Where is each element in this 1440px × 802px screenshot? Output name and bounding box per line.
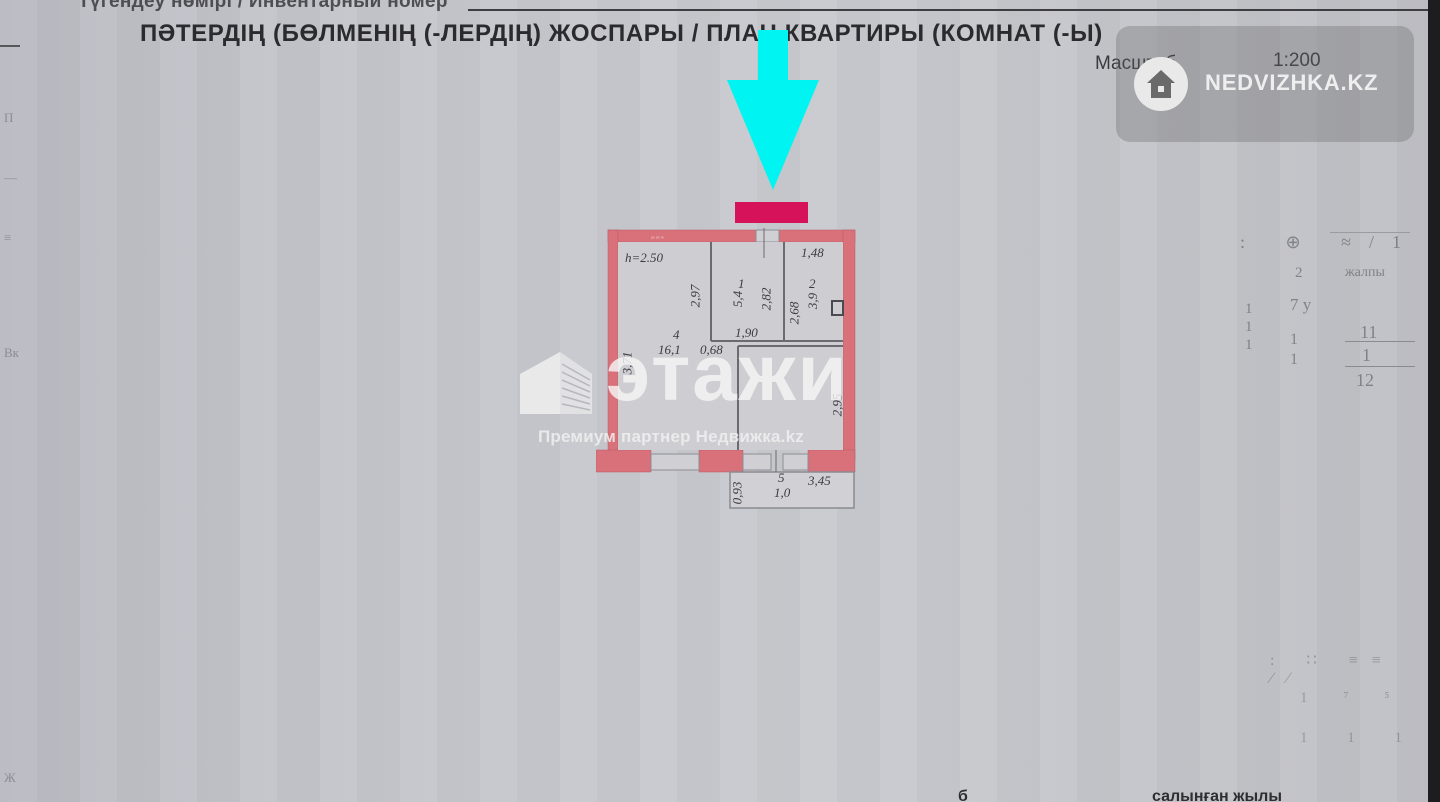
table-line — [1345, 366, 1415, 367]
house-icon — [1134, 57, 1188, 111]
svg-text:ᵖᵒ ᵖᵉ ᵗᵉ: ᵖᵒ ᵖᵉ ᵗᵉ — [651, 236, 664, 242]
inventory-number-label: Түгендеу нөмірі / Инвентарный номер — [78, 0, 448, 13]
table-line — [1330, 232, 1410, 233]
ceiling-height-label: h=2.50 — [625, 250, 663, 266]
dim-label: 1,48 — [801, 245, 824, 261]
margin-mark: — — [4, 170, 17, 186]
partner-watermark: Премиум партнер Недвижка.kz — [538, 427, 804, 447]
bottom-label: б — [958, 788, 968, 802]
margin-dash — [0, 45, 20, 47]
room-number: 2 — [809, 276, 816, 292]
room-number: 1 — [738, 276, 745, 292]
document-photo: Түгендеу нөмірі / Инвентарный номер ПӘТЕ… — [0, 0, 1430, 802]
table-fragment: жалпы — [1345, 265, 1385, 281]
margin-mark: Вк — [4, 345, 19, 361]
table-fragment: 1 ⁷ ⁵ — [1300, 690, 1405, 707]
inventory-number-line — [468, 9, 1428, 11]
margin-mark: П — [4, 110, 13, 126]
position-marker — [735, 202, 808, 223]
dim-label: 2,97 — [687, 285, 703, 308]
table-fragment: 11 — [1360, 322, 1377, 343]
table-fragment: 1 1 1 — [1300, 730, 1420, 747]
table-line — [1345, 341, 1415, 342]
margin-mark: ≡ — [4, 230, 11, 246]
brand-watermark: этажи — [606, 333, 849, 413]
room-area: 5,4 — [730, 291, 746, 307]
room-area: 1,0 — [774, 485, 790, 501]
dim-label: 0,93 — [729, 482, 745, 505]
table-fragment: 111 — [1245, 300, 1253, 354]
dim-label: 2,68 — [786, 302, 802, 325]
nedvizhka-watermark: NEDVIZHKA.KZ — [1205, 70, 1378, 96]
room-number: 5 — [778, 470, 785, 486]
margin-mark: Ж — [4, 770, 16, 786]
building-icon — [520, 352, 592, 414]
photo-edge — [1428, 0, 1440, 802]
construction-year-label: салынған жылы — [1152, 788, 1282, 802]
table-fragment: : ∷ ≡≡ ⁄⁄ — [1270, 650, 1430, 688]
table-fragment: 12 — [1356, 370, 1374, 391]
table-fragment: 11 — [1290, 330, 1298, 370]
room-area: 3,9 — [805, 293, 821, 309]
dim-label: 2,82 — [758, 288, 774, 311]
table-fragment: : ⊕ ≈/1 — [1240, 232, 1419, 253]
table-fragment: 1 — [1362, 345, 1371, 366]
dim-label: 3,45 — [808, 473, 831, 489]
table-fragment: 7 у — [1290, 295, 1311, 315]
page-title: ПӘТЕРДІҢ (БӨЛМЕНІҢ (-ЛЕРДІҢ) ЖОСПАРЫ / П… — [140, 20, 1103, 48]
table-fragment: 2 — [1295, 265, 1303, 282]
arrow-down-icon — [727, 30, 819, 192]
